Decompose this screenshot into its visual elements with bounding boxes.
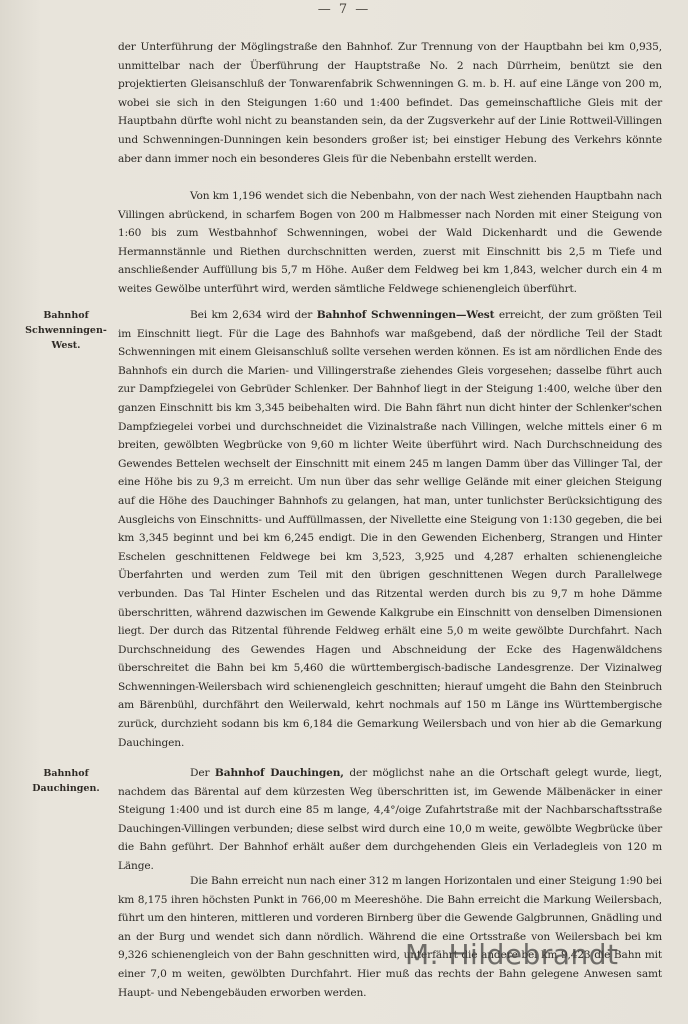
paragraph-lead: Bei km 2,634 wird der <box>190 309 317 321</box>
paragraph-text: erreicht, der zum größten Teil im Einsch… <box>118 309 662 749</box>
paragraph-text: der Unterführung der Möglingstraße den B… <box>118 41 662 165</box>
paragraph-2: Von km 1,196 wendet sich die Nebenbahn, … <box>118 187 662 299</box>
margin-note-schwenningen-west: Bahnhof Schwenningen- West. <box>20 308 112 353</box>
paragraph-3: Bei km 2,634 wird der Bahnhof Schwenning… <box>118 306 662 752</box>
page-number: — 7 — <box>0 2 688 17</box>
paragraph-text: Von km 1,196 wendet sich die Nebenbahn, … <box>118 190 662 295</box>
margin-note-line: Dauchingen. <box>20 781 112 796</box>
station-name-schwenningen-west: Bahnhof Schwenningen—West <box>317 309 495 321</box>
margin-note-line: Schwenningen- <box>20 323 112 338</box>
margin-note-line: Bahnhof <box>20 766 112 781</box>
paragraph-text: der möglichst nahe an die Ortschaft gele… <box>118 767 662 872</box>
margin-note-dauchingen: Bahnhof Dauchingen. <box>20 766 112 796</box>
paragraph-lead: Der <box>190 767 215 779</box>
document-page: — 7 — der Unterführung der Möglingstraße… <box>0 0 688 1024</box>
paragraph-1: der Unterführung der Möglingstraße den B… <box>118 38 662 168</box>
paragraph-4: Der Bahnhof Dauchingen, der möglichst na… <box>118 764 662 876</box>
station-name-dauchingen: Bahnhof Dauchingen, <box>215 767 344 779</box>
margin-note-line: Bahnhof <box>20 308 112 323</box>
watermark: M. Hildebrandt <box>405 938 619 971</box>
paragraph-text: Die Bahn erreicht nun nach einer 312 m l… <box>118 875 662 999</box>
margin-note-line: West. <box>20 338 112 353</box>
